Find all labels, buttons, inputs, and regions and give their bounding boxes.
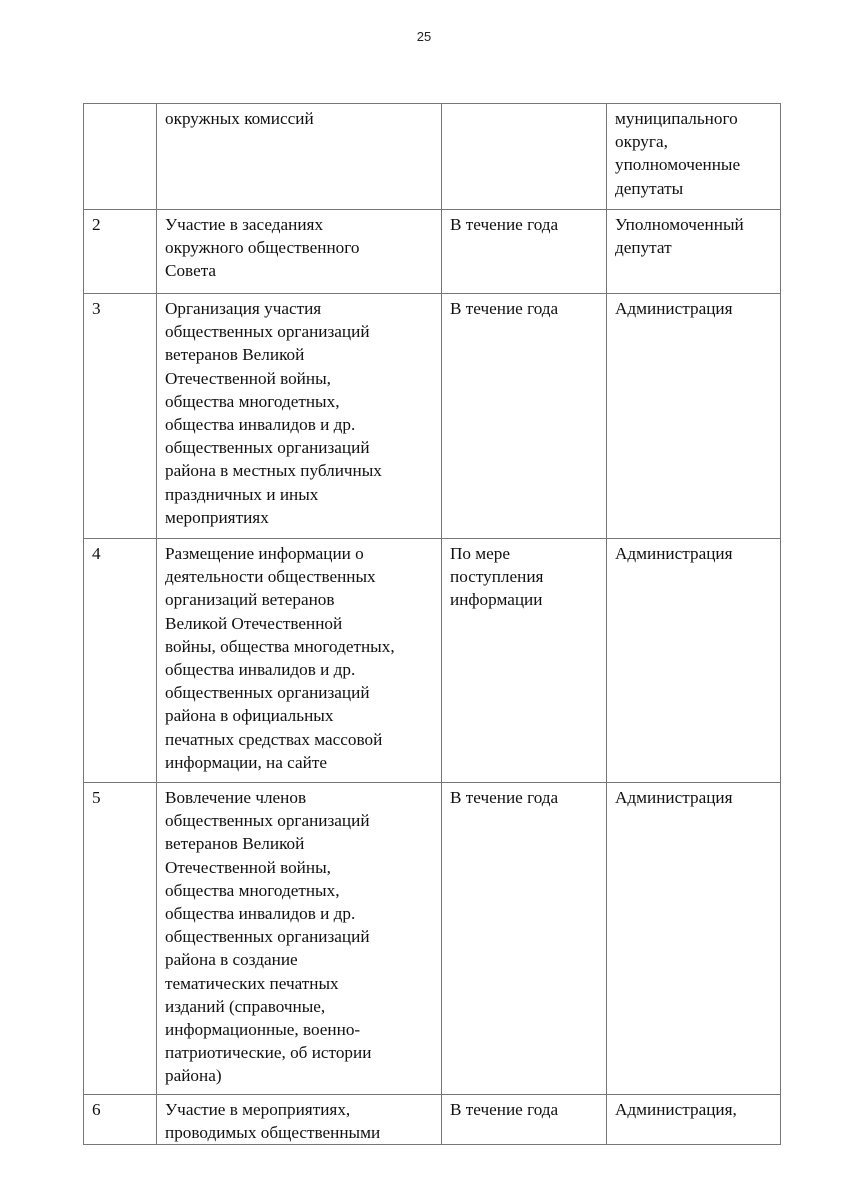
responsible-cell: Администрация, (607, 1095, 781, 1145)
deadline-text: В течение года (450, 788, 558, 807)
responsible-text: муниципального округа, уполномоченные де… (615, 109, 740, 198)
activity-text: окружных комиссий (165, 109, 314, 128)
row-number: 6 (92, 1100, 101, 1119)
activity-text: Участие в мероприятиях, проводимых общес… (165, 1100, 380, 1142)
row-number: 5 (92, 788, 101, 807)
responsible-text: Уполномоченный депутат (615, 215, 744, 257)
activity-plan-table: окружных комиссий муниципального округа,… (83, 103, 781, 1145)
responsible-cell: муниципального округа, уполномоченные де… (607, 104, 781, 210)
table-row: 3 Организация участия общественных орган… (84, 294, 781, 539)
deadline-text: По мере поступления информации (450, 544, 543, 609)
row-number-cell: 6 (84, 1095, 157, 1145)
responsible-cell: Администрация (607, 294, 781, 539)
deadline-cell: В течение года (442, 210, 607, 294)
responsible-cell: Администрация (607, 783, 781, 1095)
activity-text: Размещение информации о деятельности общ… (165, 544, 395, 772)
row-number: 4 (92, 544, 101, 563)
responsible-cell: Уполномоченный депутат (607, 210, 781, 294)
table-row: 2 Участие в заседаниях окружного обществ… (84, 210, 781, 294)
row-number-cell: 5 (84, 783, 157, 1095)
responsible-text: Администрация (615, 299, 733, 318)
table-row: окружных комиссий муниципального округа,… (84, 104, 781, 210)
table-row: 6 Участие в мероприятиях, проводимых общ… (84, 1095, 781, 1145)
responsible-text: Администрация (615, 788, 733, 807)
deadline-cell (442, 104, 607, 210)
row-number-cell: 2 (84, 210, 157, 294)
deadline-text: В течение года (450, 299, 558, 318)
responsible-text: Администрация (615, 544, 733, 563)
row-number: 3 (92, 299, 101, 318)
responsible-cell: Администрация (607, 539, 781, 783)
row-number-cell: 4 (84, 539, 157, 783)
responsible-text: Администрация, (615, 1100, 737, 1119)
activity-cell: Участие в мероприятиях, проводимых общес… (157, 1095, 442, 1145)
table-row: 5 Вовлечение членов общественных организ… (84, 783, 781, 1095)
deadline-text: В течение года (450, 215, 558, 234)
activity-cell: окружных комиссий (157, 104, 442, 210)
activity-text: Организация участия общественных организ… (165, 299, 382, 527)
activity-cell: Организация участия общественных организ… (157, 294, 442, 539)
table-row: 4 Размещение информации о деятельности о… (84, 539, 781, 783)
page-number: 25 (0, 29, 848, 44)
row-number-cell (84, 104, 157, 210)
deadline-cell: В течение года (442, 294, 607, 539)
row-number-cell: 3 (84, 294, 157, 539)
deadline-cell: В течение года (442, 1095, 607, 1145)
row-number: 2 (92, 215, 101, 234)
activity-cell: Вовлечение членов общественных организац… (157, 783, 442, 1095)
activity-cell: Участие в заседаниях окружного обществен… (157, 210, 442, 294)
deadline-cell: По мере поступления информации (442, 539, 607, 783)
activity-cell: Размещение информации о деятельности общ… (157, 539, 442, 783)
activity-text: Вовлечение членов общественных организац… (165, 788, 371, 1085)
deadline-text: В течение года (450, 1100, 558, 1119)
deadline-cell: В течение года (442, 783, 607, 1095)
activity-text: Участие в заседаниях окружного обществен… (165, 215, 359, 280)
